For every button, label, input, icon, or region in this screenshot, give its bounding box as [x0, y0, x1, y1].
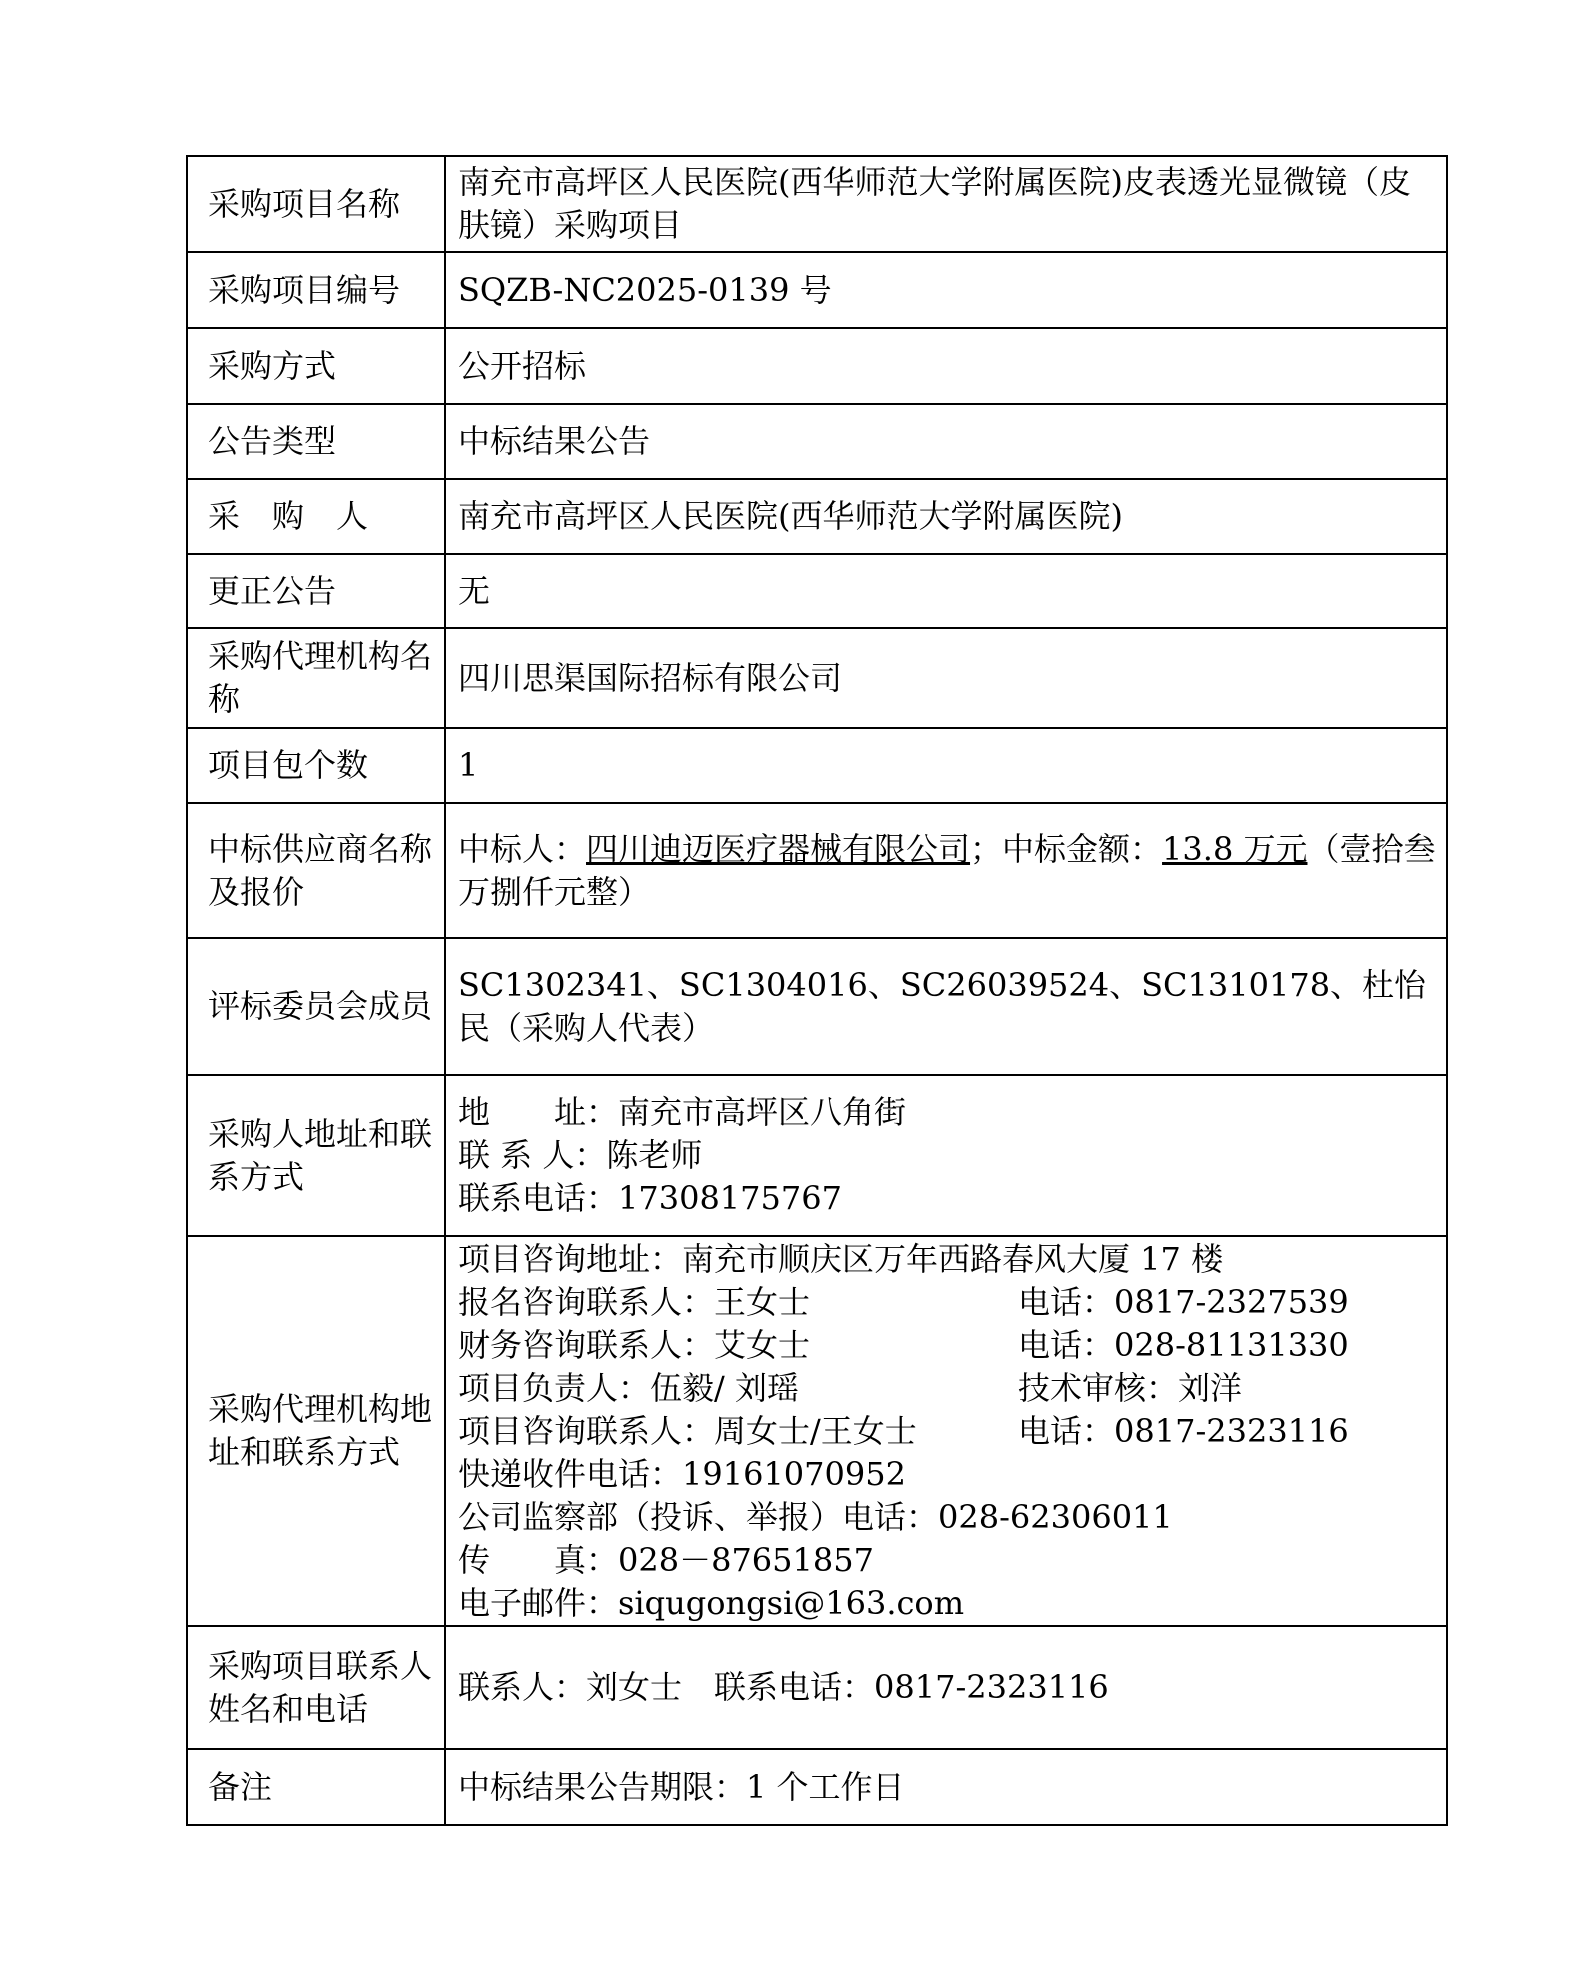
text: 电话：0817-2327539 [1018, 1283, 1349, 1321]
row-label-text: 采 购 人 [208, 495, 368, 538]
row-label: 采 购 人 [188, 480, 446, 553]
line-right: 电话：028-81131330 [1018, 1324, 1436, 1367]
content-line: SC1302341、SC1304016、SC26039524、SC1310178… [458, 964, 1436, 1050]
text: 四川思渠国际招标有限公司 [458, 659, 842, 697]
table-row: 项目包个数1 [188, 729, 1448, 804]
row-label: 采购代理机构名称 [188, 629, 446, 727]
text: 地 址：南充市高坪区八角街 [458, 1093, 906, 1131]
row-label-text: 更正公告 [208, 570, 336, 613]
table-row: 采购项目编号SQZB-NC2025-0139 号 [188, 253, 1448, 329]
row-label-text: 采购代理机构地址和联系方式 [208, 1388, 436, 1474]
line-right: 技术审核：刘洋 [1018, 1367, 1436, 1410]
line-right: 电话：0817-2323116 [1018, 1410, 1436, 1453]
line-left: 财务咨询联系人：艾女士 [458, 1324, 1018, 1367]
content-line: 财务咨询联系人：艾女士电话：028-81131330 [458, 1324, 1436, 1367]
row-label-text: 采购项目联系人姓名和电话 [208, 1645, 436, 1731]
row-label: 采购人地址和联系方式 [188, 1076, 446, 1235]
table-row: 采购项目名称南充市高坪区人民医院(西华师范大学附属医院)皮表透光显微镜（皮肤镜）… [188, 157, 1448, 253]
row-content: 南充市高坪区人民医院(西华师范大学附属医院)皮表透光显微镜（皮肤镜）采购项目 [446, 157, 1448, 251]
text: SQZB-NC2025-0139 号 [458, 271, 832, 309]
row-label: 采购代理机构地址和联系方式 [188, 1237, 446, 1625]
row-content: 公开招标 [446, 329, 1448, 403]
text: 南充市高坪区人民医院(西华师范大学附属医院) [458, 497, 1123, 535]
content-line: 项目咨询地址：南充市顺庆区万年西路春风大厦 17 楼 [458, 1238, 1436, 1281]
row-label-text: 备注 [208, 1766, 272, 1809]
row-label-text: 采购方式 [208, 345, 336, 388]
content-line: 电子邮件：siqugongsi@163.com [458, 1582, 1436, 1625]
content-line: 中标结果公告 [458, 420, 1436, 463]
text: 电话：0817-2323116 [1018, 1412, 1349, 1450]
row-label-text: 采购代理机构名称 [208, 635, 436, 721]
row-label-text: 公告类型 [208, 420, 336, 463]
table-row: 采购项目联系人姓名和电话联系人：刘女士 联系电话：0817-2323116 [188, 1627, 1448, 1750]
table-row: 备注中标结果公告期限：1 个工作日 [188, 1750, 1448, 1826]
content-line: 1 [458, 744, 1436, 787]
text: 南充市高坪区人民医院(西华师范大学附属医院)皮表透光显微镜（皮肤镜）采购项目 [458, 163, 1411, 244]
content-line: 项目负责人：伍毅/ 刘瑶技术审核：刘洋 [458, 1367, 1436, 1410]
text: 电子邮件：siqugongsi@163.com [458, 1584, 964, 1622]
row-label: 采购项目名称 [188, 157, 446, 251]
text: 公司监察部（投诉、举报）电话：028-62306011 [458, 1498, 1173, 1536]
text: 公开招标 [458, 347, 586, 385]
row-label-text: 评标委员会成员 [208, 985, 432, 1028]
text: 项目咨询地址：南充市顺庆区万年西路春风大厦 17 楼 [458, 1240, 1223, 1278]
content-line: 公司监察部（投诉、举报）电话：028-62306011 [458, 1496, 1436, 1539]
table-row: 采 购 人南充市高坪区人民医院(西华师范大学附属医院) [188, 480, 1448, 555]
row-label: 采购项目编号 [188, 253, 446, 327]
text: 联 系 人：陈老师 [458, 1136, 702, 1174]
content-line: 联系人：刘女士 联系电话：0817-2323116 [458, 1666, 1436, 1709]
text: 中标人： [458, 830, 586, 868]
row-content: SQZB-NC2025-0139 号 [446, 253, 1448, 327]
underlined-text: 13.8 万元 [1162, 830, 1307, 868]
text: 1 [458, 746, 478, 784]
row-label: 评标委员会成员 [188, 939, 446, 1074]
table-row: 采购代理机构地址和联系方式项目咨询地址：南充市顺庆区万年西路春风大厦 17 楼报… [188, 1237, 1448, 1627]
content-line: 联 系 人：陈老师 [458, 1134, 1436, 1177]
row-label-text: 采购项目名称 [208, 183, 400, 226]
row-label: 备注 [188, 1750, 446, 1824]
text: 中标结果公告 [458, 422, 650, 460]
content-line: 项目咨询联系人：周女士/王女士电话：0817-2323116 [458, 1410, 1436, 1453]
table-row: 采购方式公开招标 [188, 329, 1448, 405]
content-line: SQZB-NC2025-0139 号 [458, 269, 1436, 312]
row-content: 南充市高坪区人民医院(西华师范大学附属医院) [446, 480, 1448, 553]
text: 报名咨询联系人：王女士 [458, 1283, 810, 1321]
row-label: 采购方式 [188, 329, 446, 403]
announcement-table: 采购项目名称南充市高坪区人民医院(西华师范大学附属医院)皮表透光显微镜（皮肤镜）… [186, 155, 1448, 1826]
row-content: 中标结果公告期限：1 个工作日 [446, 1750, 1448, 1824]
table-row: 中标供应商名称及报价中标人：四川迪迈医疗器械有限公司；中标金额：13.8 万元（… [188, 804, 1448, 939]
table-row: 采购代理机构名称四川思渠国际招标有限公司 [188, 629, 1448, 729]
content-line: 中标结果公告期限：1 个工作日 [458, 1766, 1436, 1809]
content-line: 南充市高坪区人民医院(西华师范大学附属医院) [458, 495, 1436, 538]
underlined-text: 四川迪迈医疗器械有限公司 [586, 830, 970, 868]
row-label: 项目包个数 [188, 729, 446, 802]
content-line: 传 真：028－87651857 [458, 1539, 1436, 1582]
table-row: 评标委员会成员SC1302341、SC1304016、SC26039524、SC… [188, 939, 1448, 1076]
row-content: 1 [446, 729, 1448, 802]
row-content: 中标结果公告 [446, 405, 1448, 478]
content-line: 快递收件电话：19161070952 [458, 1453, 1436, 1496]
row-label: 采购项目联系人姓名和电话 [188, 1627, 446, 1748]
row-content: 中标人：四川迪迈医疗器械有限公司；中标金额：13.8 万元（壹拾叁万捌仟元整） [446, 804, 1448, 937]
table-row: 更正公告无 [188, 555, 1448, 629]
row-content: 联系人：刘女士 联系电话：0817-2323116 [446, 1627, 1448, 1748]
content-line: 联系电话：17308175767 [458, 1177, 1436, 1220]
text: ；中标金额： [970, 830, 1162, 868]
line-right: 电话：0817-2327539 [1018, 1281, 1436, 1324]
line-left: 报名咨询联系人：王女士 [458, 1281, 1018, 1324]
row-label: 中标供应商名称及报价 [188, 804, 446, 937]
row-label-text: 采购人地址和联系方式 [208, 1113, 436, 1199]
text: 电话：028-81131330 [1018, 1326, 1349, 1364]
text: 联系电话：17308175767 [458, 1179, 842, 1217]
row-content: 四川思渠国际招标有限公司 [446, 629, 1448, 727]
line-left: 项目负责人：伍毅/ 刘瑶 [458, 1367, 1018, 1410]
content-line: 地 址：南充市高坪区八角街 [458, 1091, 1436, 1134]
row-label: 公告类型 [188, 405, 446, 478]
row-label-text: 采购项目编号 [208, 269, 400, 312]
text: 财务咨询联系人：艾女士 [458, 1326, 810, 1364]
text: 联系人：刘女士 联系电话：0817-2323116 [458, 1668, 1109, 1706]
row-label-text: 中标供应商名称及报价 [208, 828, 436, 914]
text: SC1302341、SC1304016、SC26039524、SC1310178… [458, 966, 1426, 1047]
text: 中标结果公告期限：1 个工作日 [458, 1768, 905, 1806]
row-label: 更正公告 [188, 555, 446, 627]
row-content: 项目咨询地址：南充市顺庆区万年西路春风大厦 17 楼报名咨询联系人：王女士电话：… [446, 1237, 1448, 1625]
content-line: 报名咨询联系人：王女士电话：0817-2327539 [458, 1281, 1436, 1324]
text: 项目负责人：伍毅/ 刘瑶 [458, 1369, 799, 1407]
table-row: 采购人地址和联系方式地 址：南充市高坪区八角街联 系 人：陈老师联系电话：173… [188, 1076, 1448, 1237]
text: 传 真：028－87651857 [458, 1541, 874, 1579]
row-content: SC1302341、SC1304016、SC26039524、SC1310178… [446, 939, 1448, 1074]
text: 快递收件电话：19161070952 [458, 1455, 906, 1493]
text: 技术审核：刘洋 [1018, 1369, 1242, 1407]
content-line: 四川思渠国际招标有限公司 [458, 657, 1436, 700]
row-content: 地 址：南充市高坪区八角街联 系 人：陈老师联系电话：17308175767 [446, 1076, 1448, 1235]
row-content: 无 [446, 555, 1448, 627]
text: 项目咨询联系人：周女士/王女士 [458, 1412, 917, 1450]
row-label-text: 项目包个数 [208, 744, 368, 787]
text: 无 [458, 572, 490, 610]
content-line: 南充市高坪区人民医院(西华师范大学附属医院)皮表透光显微镜（皮肤镜）采购项目 [458, 161, 1436, 247]
content-line: 公开招标 [458, 345, 1436, 388]
line-left: 项目咨询联系人：周女士/王女士 [458, 1410, 1018, 1453]
content-line: 中标人：四川迪迈医疗器械有限公司；中标金额：13.8 万元（壹拾叁万捌仟元整） [458, 828, 1436, 914]
content-line: 无 [458, 570, 1436, 613]
table-row: 公告类型中标结果公告 [188, 405, 1448, 480]
